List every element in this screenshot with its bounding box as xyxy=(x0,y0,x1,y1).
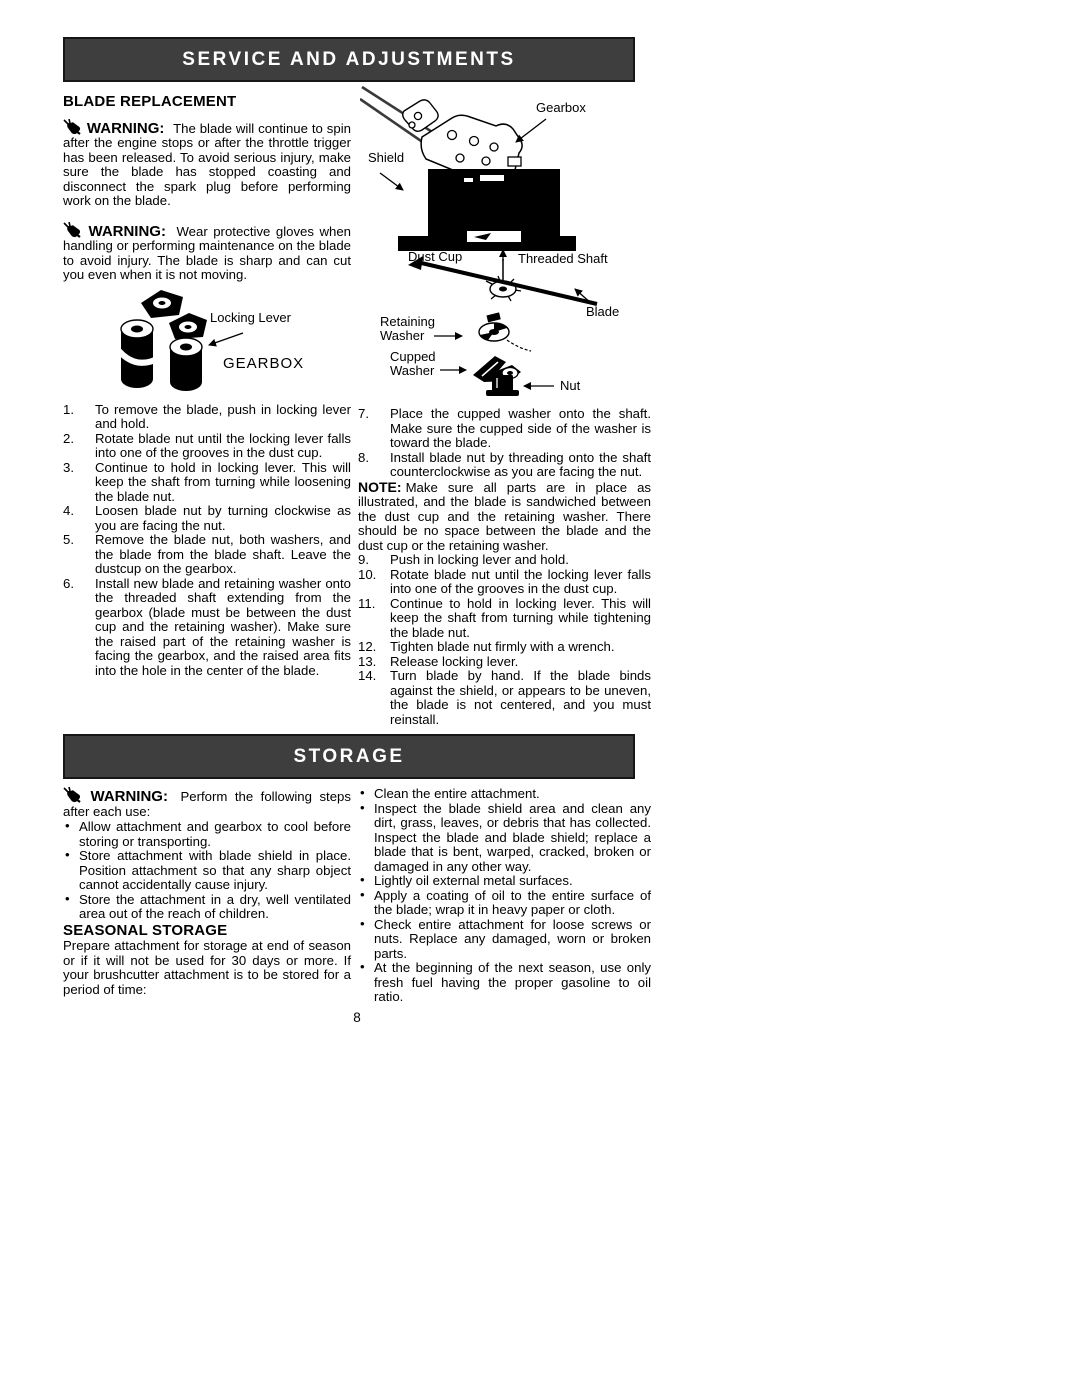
bullet-marker: • xyxy=(360,873,365,888)
bullet-marker: • xyxy=(360,888,365,903)
gearbox-locking-lever-diagram: Locking Lever GEARBOX xyxy=(93,287,311,400)
step-number: 1. xyxy=(63,403,74,418)
bullet-text: Store the attachment in a dry, well vent… xyxy=(79,892,351,922)
step-text: Install new blade and retaining washer o… xyxy=(95,576,351,678)
step-text: Install blade nut by threading onto the … xyxy=(390,450,651,480)
label-locking-lever: Locking Lever xyxy=(210,311,291,325)
step-text: Release locking lever. xyxy=(390,654,518,669)
bullet-text: Check entire attachment for loose screws… xyxy=(374,917,651,961)
step-number: 10. xyxy=(358,568,376,583)
gearbox-cap-piece-2 xyxy=(169,313,207,339)
blade-install-steps-b: 9.Push in locking lever and hold. 10.Rot… xyxy=(358,553,651,727)
bullet-item: •Apply a coating of oil to the entire su… xyxy=(358,889,651,918)
storage-left-column: WARNING: Perform the following steps aft… xyxy=(63,787,351,997)
label-blade: Blade xyxy=(586,305,619,319)
list-item: 9.Push in locking lever and hold. xyxy=(358,553,651,568)
blade-shield-shape xyxy=(398,169,576,251)
gearbox-cylinder-left xyxy=(119,320,161,388)
step-text: Rotate blade nut until the locking lever… xyxy=(95,431,351,461)
warning-hand-icon xyxy=(63,222,81,239)
list-item: 6.Install new blade and retaining washer… xyxy=(63,577,351,679)
warning-label: WARNING: xyxy=(90,788,168,805)
section-banner-service-and-adjustments: SERVICE AND ADJUSTMENTS xyxy=(63,37,635,82)
bullet-text: Clean the entire attachment. xyxy=(374,786,540,801)
bullet-text: At the beginning of the next season, use… xyxy=(374,960,651,1004)
storage-right-column: •Clean the entire attachment. •Inspect t… xyxy=(358,787,651,1005)
step-number: 8. xyxy=(358,451,369,466)
label-cupped-washer: CuppedWasher xyxy=(390,350,436,378)
seasonal-storage-text: Prepare attachment for storage at end of… xyxy=(63,939,351,997)
heading-blade-replacement: BLADE REPLACEMENT xyxy=(63,95,351,110)
service-columns: BLADE REPLACEMENT WARNING: The blade wil… xyxy=(63,85,651,727)
label-gearbox: Gearbox xyxy=(536,101,586,115)
step-number: 4. xyxy=(63,504,74,519)
bullet-item: •Clean the entire attachment. xyxy=(358,787,651,802)
list-item: 14.Turn blade by hand. If the blade bind… xyxy=(358,669,651,727)
label-dust-cup: Dust Cup xyxy=(408,250,462,264)
gearbox-cylinder-right xyxy=(170,338,202,391)
step-number: 11. xyxy=(358,597,375,612)
label-nut: Nut xyxy=(560,379,580,393)
label-threaded-shaft: Threaded Shaft xyxy=(518,252,608,266)
list-item: 12.Tighten blade nut firmly with a wrenc… xyxy=(358,640,651,655)
warning-label: WARNING: xyxy=(87,120,165,137)
blade-assembly-diagram: Gearbox Shield Dust Cup Threaded Shaft B… xyxy=(360,85,660,403)
bullet-marker: • xyxy=(65,848,70,863)
bullet-item: •Inspect the blade shield area and clean… xyxy=(358,802,651,875)
warning-label: WARNING: xyxy=(88,223,166,240)
list-item: 13.Release locking lever. xyxy=(358,655,651,670)
bullet-text: Lightly oil external metal surfaces. xyxy=(374,873,573,888)
list-item: 1.To remove the blade, push in locking l… xyxy=(63,403,351,432)
list-item: 11.Continue to hold in locking lever. Th… xyxy=(358,597,651,641)
bullet-text: Inspect the blade shield area and clean … xyxy=(374,801,651,874)
step-text: Loosen blade nut by turning clockwise as… xyxy=(95,503,351,533)
storage-columns: WARNING: Perform the following steps aft… xyxy=(63,787,651,1005)
bullet-marker: • xyxy=(360,786,365,801)
step-text: Tighten blade nut firmly with a wrench. xyxy=(390,639,615,654)
page-content: SERVICE AND ADJUSTMENTS BLADE REPLACEMEN… xyxy=(63,37,651,1025)
list-item: 7.Place the cupped washer onto the shaft… xyxy=(358,407,651,451)
list-item: 3.Continue to hold in locking lever. Thi… xyxy=(63,461,351,505)
step-number: 14. xyxy=(358,669,376,684)
step-text: Rotate blade nut until the locking lever… xyxy=(390,567,651,597)
gearbox-diagram-art xyxy=(93,287,311,400)
service-left-column: BLADE REPLACEMENT WARNING: The blade wil… xyxy=(63,85,351,678)
step-text: Continue to hold in locking lever. This … xyxy=(95,460,351,504)
blade-install-steps-a: 7.Place the cupped washer onto the shaft… xyxy=(358,407,651,480)
label-retaining-washer: RetainingWasher xyxy=(380,315,435,343)
warning-hand-icon xyxy=(63,787,81,804)
step-number: 5. xyxy=(63,533,74,548)
bullet-item: •At the beginning of the next season, us… xyxy=(358,961,651,1005)
service-right-column: Gearbox Shield Dust Cup Threaded Shaft B… xyxy=(358,85,651,727)
step-number: 9. xyxy=(358,553,369,568)
retaining-washer-figure xyxy=(479,312,531,351)
bullet-item: •Allow attachment and gearbox to cool be… xyxy=(63,820,351,849)
bullet-item: •Check entire attachment for loose screw… xyxy=(358,918,651,962)
step-text: Continue to hold in locking lever. This … xyxy=(390,596,651,640)
section-banner-storage: STORAGE xyxy=(63,734,635,779)
step-number: 7. xyxy=(358,407,369,422)
storage-bullets-left: •Allow attachment and gearbox to cool be… xyxy=(63,820,351,922)
shaft-collar xyxy=(403,100,438,131)
step-text: Turn blade by hand. If the blade binds a… xyxy=(390,668,651,727)
list-item: 5.Remove the blade nut, both washers, an… xyxy=(63,533,351,577)
bullet-item: •Store attachment with blade shield in p… xyxy=(63,849,351,893)
list-item: 8.Install blade nut by threading onto th… xyxy=(358,451,651,480)
step-number: 2. xyxy=(63,432,74,447)
bullet-marker: • xyxy=(65,819,70,834)
step-text: Place the cupped washer onto the shaft. … xyxy=(390,406,651,450)
gearbox-arrow xyxy=(516,119,546,142)
bullet-marker: • xyxy=(360,801,365,816)
step-number: 3. xyxy=(63,461,74,476)
manual-page: SERVICE AND ADJUSTMENTS BLADE REPLACEMEN… xyxy=(0,0,1080,1397)
step-text: To remove the blade, push in locking lev… xyxy=(95,402,351,432)
step-number: 6. xyxy=(63,577,74,592)
step-text: Push in locking lever and hold. xyxy=(390,552,569,567)
step-number: 13. xyxy=(358,655,376,670)
warning-hand-icon xyxy=(63,119,81,136)
storage-bullets-right: •Clean the entire attachment. •Inspect t… xyxy=(358,787,651,1005)
step-text: Remove the blade nut, both washers, and … xyxy=(95,532,351,576)
shield-arrow xyxy=(380,173,403,190)
warning-paragraph-2: WARNING: Wear protective gloves when han… xyxy=(63,222,351,283)
bullet-text: Apply a coating of oil to the entire sur… xyxy=(374,888,651,918)
list-item: 10.Rotate blade nut until the locking le… xyxy=(358,568,651,597)
bullet-text: Store attachment with blade shield in pl… xyxy=(79,848,351,892)
note-label: NOTE: xyxy=(358,479,402,495)
bullet-marker: • xyxy=(360,960,365,975)
label-shield: Shield xyxy=(368,151,404,165)
bullet-marker: • xyxy=(360,917,365,932)
label-gearbox-caps: GEARBOX xyxy=(223,357,304,371)
note-paragraph: NOTE:Make sure all parts are in place as… xyxy=(358,480,651,554)
warning-paragraph-1: WARNING: The blade will continue to spin… xyxy=(63,119,351,209)
gearbox-cap-piece-1 xyxy=(141,290,183,318)
list-item: 4.Loosen blade nut by turning clockwise … xyxy=(63,504,351,533)
bullet-item: •Store the attachment in a dry, well ven… xyxy=(63,893,351,922)
gearbox-housing xyxy=(421,115,522,173)
step-number: 12. xyxy=(358,640,376,655)
list-item: 2.Rotate blade nut until the locking lev… xyxy=(63,432,351,461)
locking-lever-arrow xyxy=(209,333,243,345)
page-number: 8 xyxy=(63,1010,651,1025)
heading-seasonal-storage: SEASONAL STORAGE xyxy=(63,924,351,939)
blade-removal-steps: 1.To remove the blade, push in locking l… xyxy=(63,403,351,679)
bullet-text: Allow attachment and gearbox to cool bef… xyxy=(79,819,351,849)
bullet-marker: • xyxy=(65,892,70,907)
bullet-item: •Lightly oil external metal surfaces. xyxy=(358,874,651,889)
storage-warning-paragraph: WARNING: Perform the following steps aft… xyxy=(63,787,351,819)
